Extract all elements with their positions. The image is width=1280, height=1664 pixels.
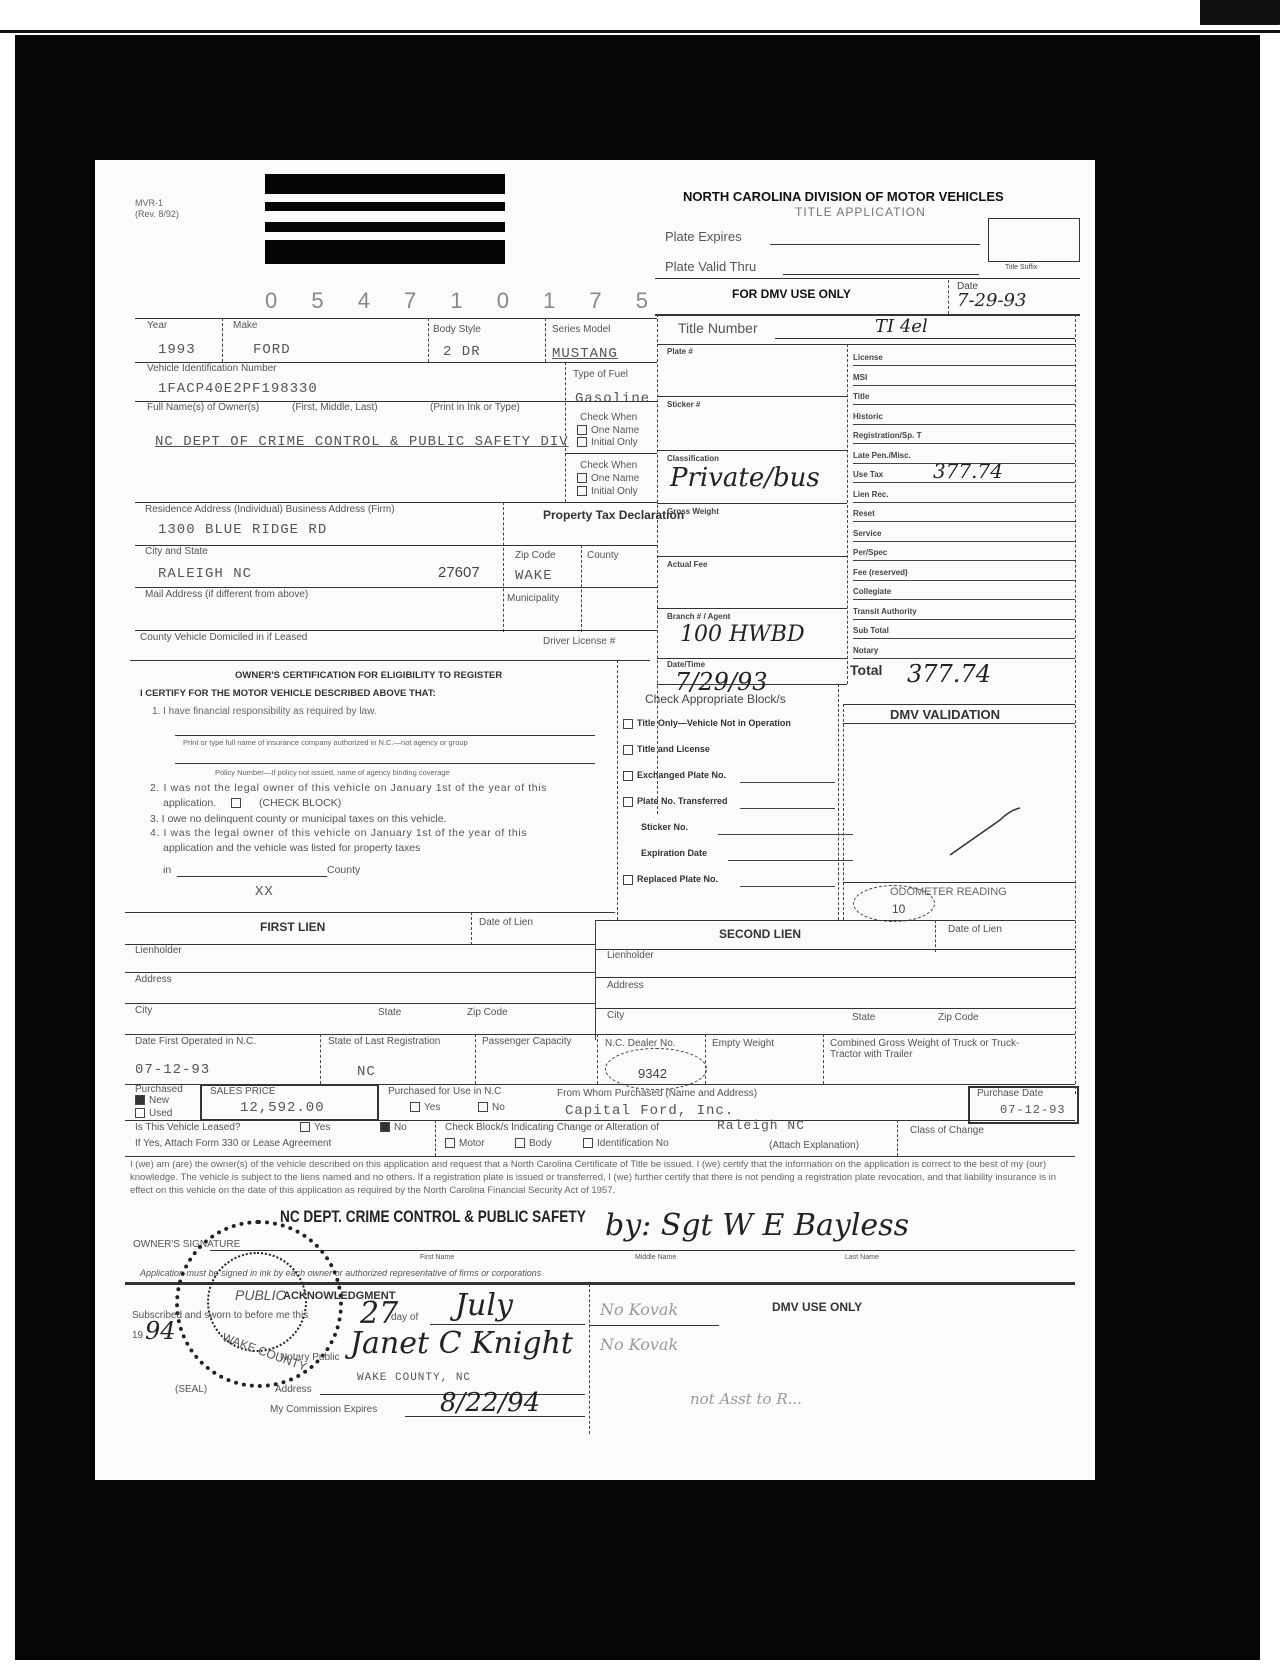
check-block-label: Title and License	[637, 744, 710, 754]
seal-label: (SEAL)	[175, 1384, 207, 1395]
motor-checkbox[interactable]: Motor	[445, 1138, 485, 1149]
year-prefix-label: 19	[132, 1330, 143, 1341]
date-value: 7-29-93	[957, 290, 1026, 311]
county-value: XX	[255, 884, 274, 900]
purchase-date-value: 07-12-93	[1000, 1103, 1066, 1117]
fee-label: Per/Spec	[853, 548, 887, 557]
fee-row: Lien Rec.	[853, 483, 1075, 503]
empty-weight-label: Empty Weight	[712, 1038, 774, 1049]
fee-row: Historic	[853, 405, 1075, 425]
first-lien-zip-label: Zip Code	[467, 1007, 508, 1018]
class-of-change-label: Class of Change	[910, 1125, 984, 1136]
second-lien-zip-label: Zip Code	[938, 1012, 979, 1023]
branch-agent-label: Branch # / Agent	[667, 612, 730, 621]
check-block-checkbox[interactable]: (CHECK BLOCK)	[231, 797, 341, 809]
owner-signature: by: Sgt W E Bayless	[605, 1208, 909, 1243]
notary-signature: Janet C Knight	[350, 1326, 573, 1361]
sales-price-value: 12,592.00	[240, 1100, 325, 1116]
checkbox-icon[interactable]	[623, 719, 633, 729]
form-id: MVR-1	[135, 198, 163, 208]
dmv-note: not Asst to R...	[690, 1390, 802, 1408]
fee-label: Lien Rec.	[853, 490, 889, 499]
make-label: Make	[233, 320, 257, 331]
body-style-value: 2 DR	[443, 344, 481, 360]
insurance-hint: Print or type full name of insurance com…	[183, 738, 468, 747]
check-block-item[interactable]: Title Only—Vehicle Not in Operation	[623, 718, 835, 738]
city-state-value: RALEIGH NC	[158, 566, 252, 582]
fee-label: Transit Authority	[853, 607, 917, 616]
odometer-value: 10	[892, 902, 905, 916]
check-block-item[interactable]: Title and License	[623, 744, 835, 764]
zip-code-label: Zip Code	[515, 550, 556, 561]
property-tax-label: Property Tax Declaration	[543, 508, 684, 522]
from-whom-label: From Whom Purchased (Name and Address)	[557, 1088, 757, 1099]
branch-agent-value: 100 HWBD	[680, 622, 805, 647]
cert-item-3: 3. I owe no delinquent county or municip…	[150, 813, 447, 825]
check-when-label: Check When	[580, 460, 637, 471]
checkbox-icon[interactable]	[623, 771, 633, 781]
cert-item-2b: application.	[163, 797, 216, 809]
cert-item-4: 4. I was the legal owner of this vehicle…	[150, 827, 527, 839]
one-name-checkbox[interactable]: One Name	[577, 425, 639, 436]
mail-address-label: Mail Address (if different from above)	[145, 589, 308, 600]
second-lien-city-label: City	[607, 1010, 624, 1021]
last-name-label: Last Name	[845, 1254, 879, 1261]
domiciled-label: County Vehicle Domiciled in if Leased	[140, 632, 307, 643]
fee-label: MSI	[853, 373, 867, 382]
seller-city-value: Raleigh NC	[717, 1118, 805, 1133]
check-block-item: Sticker No.	[623, 822, 853, 842]
check-blocks-heading: Check Appropriate Block/s	[645, 692, 786, 706]
address-value: 1300 BLUE RIDGE RD	[158, 522, 327, 538]
owner-name-stamp: NC DEPT. CRIME CONTROL & PUBLIC SAFETY	[280, 1207, 586, 1227]
commission-value: 8/22/94	[440, 1388, 540, 1418]
title-number-value: TI 4el	[875, 316, 928, 337]
classification-value: Private/bus	[670, 463, 820, 493]
page-top-edge	[0, 0, 1280, 33]
commission-label: My Commission Expires	[270, 1404, 377, 1415]
identification-checkbox[interactable]: Identification No	[583, 1138, 669, 1149]
vin-value: 1FACP40E2PF198330	[158, 381, 318, 397]
fee-label: Collegiate	[853, 587, 891, 596]
check-block-item[interactable]: Plate No. Transferred	[623, 796, 835, 816]
redaction-bar	[265, 240, 505, 264]
leased-no-checkbox[interactable]: No	[380, 1122, 407, 1133]
certification-heading: OWNER'S CERTIFICATION FOR ELIGIBILITY TO…	[235, 670, 502, 681]
fee-label: Late Pen./Misc.	[853, 451, 911, 460]
owner-name-hint: (Print in Ink or Type)	[430, 402, 520, 413]
fee-row: Per/Spec	[853, 541, 1075, 561]
year-value: 94	[145, 1317, 176, 1345]
passenger-capacity-label: Passenger Capacity	[482, 1036, 572, 1047]
cert-item-1: 1. I have financial responsibility as re…	[152, 706, 377, 717]
fee-row: Use Tax377.74	[853, 463, 1075, 483]
title-number-label: Title Number	[678, 320, 758, 336]
leased-label: Is This Vehicle Leased?	[135, 1122, 240, 1133]
fee-row: Fee (reserved)	[853, 561, 1075, 581]
title-suffix-box[interactable]	[988, 218, 1080, 262]
fee-label: Fee (reserved)	[853, 568, 908, 577]
fee-label: Use Tax	[853, 470, 883, 479]
fee-row: Sub Total	[853, 619, 1075, 639]
first-lien-state-label: State	[378, 1007, 401, 1018]
change-label: Check Block/s Indicating Change or Alter…	[445, 1122, 659, 1133]
second-lienholder-label: Lienholder	[607, 950, 654, 961]
last-registration-label: State of Last Registration	[328, 1036, 440, 1047]
used-checkbox[interactable]: Used	[135, 1108, 172, 1119]
fee-row: Service	[853, 522, 1075, 542]
check-block-label: Exchanged Plate No.	[637, 770, 726, 780]
county-label: County	[587, 550, 619, 561]
fee-label: Registration/Sp. T	[853, 431, 921, 440]
dmv-use-only-label: FOR DMV USE ONLY	[732, 287, 851, 301]
initial-only-checkbox[interactable]: Initial Only	[577, 437, 638, 448]
make-value: FORD	[253, 342, 291, 358]
zip-value: 27607	[438, 564, 480, 581]
fee-label: Reset	[853, 509, 875, 518]
initial-only-checkbox[interactable]: Initial Only	[577, 486, 638, 497]
month-value: July	[455, 1288, 513, 1323]
body-style-label: Body Style	[433, 324, 481, 335]
combined-weight-label: Combined Gross Weight of Truck or Truck-…	[830, 1038, 1045, 1060]
fee-row: Collegiate	[853, 580, 1075, 600]
owner-name-value: NC DEPT OF CRIME CONTROL & PUBLIC SAFETY…	[155, 434, 569, 450]
municipality-label: Municipality	[507, 593, 559, 604]
owner-name-label: Full Name(s) of Owner(s)	[147, 402, 259, 413]
dealer-number-value: 9342	[638, 1066, 667, 1081]
one-name-checkbox[interactable]: One Name	[577, 473, 639, 484]
dmv-validation-heading: DMV VALIDATION	[890, 707, 1000, 722]
fuel-value: Gasoline	[575, 391, 650, 407]
first-name-label: First Name	[420, 1254, 454, 1261]
fee-row: Registration/Sp. T	[853, 424, 1075, 444]
fee-label: Service	[853, 529, 881, 538]
fee-row: Reset	[853, 502, 1075, 522]
use-in-nc-label: Purchased for Use in N.C	[388, 1086, 501, 1097]
certification-subheading: I CERTIFY FOR THE MOTOR VEHICLE DESCRIBE…	[140, 688, 436, 699]
notary-public-label: Notary Public	[280, 1352, 339, 1363]
last-registration-value: NC	[357, 1064, 376, 1080]
policy-hint: Policy Number—If policy not issued, name…	[215, 768, 450, 777]
check-block-label: Expiration Date	[641, 848, 707, 858]
validation-mark	[945, 800, 1025, 860]
form-title: TITLE APPLICATION	[795, 205, 926, 219]
check-block-item[interactable]: Exchanged Plate No.	[623, 770, 835, 790]
owner-declaration: I (we) am (are) the owner(s) of the vehi…	[130, 1158, 1070, 1197]
first-lien-address-label: Address	[135, 974, 172, 985]
leased-yes-checkbox[interactable]: Yes	[300, 1122, 330, 1133]
redaction-bar	[265, 222, 505, 232]
year-label: Year	[147, 320, 167, 331]
checkbox-icon[interactable]	[623, 875, 633, 885]
check-block-label: Sticker No.	[641, 822, 688, 832]
classification-label: Classification	[667, 454, 719, 463]
purchased-label: Purchased	[135, 1084, 183, 1095]
dmv-note: No Kovak	[600, 1335, 678, 1354]
fee-row: MSI	[853, 366, 1075, 386]
plate-expires-label: Plate Expires	[665, 229, 742, 244]
checkbox-icon[interactable]	[623, 797, 633, 807]
plate-valid-thru-label: Plate Valid Thru	[665, 259, 756, 274]
fee-row: Transit Authority	[853, 600, 1075, 620]
checkbox-icon[interactable]	[623, 745, 633, 755]
middle-name-label: Middle Name	[635, 1254, 676, 1261]
total-label: Total	[850, 662, 882, 678]
fee-label: Title	[853, 392, 869, 401]
form-revision: (Rev. 8/92)	[135, 209, 179, 219]
fuel-label: Type of Fuel	[573, 369, 628, 380]
dmv-note: No Kovak	[600, 1300, 678, 1319]
use-in-nc-no-checkbox[interactable]: No	[478, 1102, 505, 1113]
first-lien-heading: FIRST LIEN	[260, 920, 325, 934]
fee-label: License	[853, 353, 883, 362]
new-checkbox[interactable]: New	[135, 1095, 169, 1106]
check-block-label: Title Only—Vehicle Not in Operation	[637, 718, 791, 728]
cert-item-4b: application and the vehicle was listed f…	[163, 842, 420, 854]
use-tax-value: 377.74	[933, 459, 1003, 483]
in-label: in	[163, 864, 171, 876]
vin-label: Vehicle Identification Number	[147, 363, 277, 374]
series-model-label: Series Model	[552, 324, 610, 335]
check-when-label: Check When	[580, 412, 637, 423]
second-lien-date-label: Date of Lien	[948, 924, 1002, 935]
dmv-use-only-footer: DMV USE ONLY	[772, 1300, 862, 1314]
address-label: Residence Address (Individual) Business …	[145, 504, 395, 515]
fee-row: Title	[853, 385, 1075, 405]
second-lien-state-label: State	[852, 1012, 875, 1023]
redaction-bar	[265, 202, 505, 211]
plate-number-label: Plate #	[667, 347, 693, 356]
attach-explanation: (Attach Explanation)	[769, 1140, 859, 1151]
city-state-label: City and State	[145, 546, 208, 557]
first-operated-value: 07-12-93	[135, 1062, 210, 1078]
driver-license-label: Driver License #	[543, 636, 615, 647]
day-of-label: day of	[391, 1312, 418, 1323]
fee-row: License	[853, 346, 1075, 366]
first-lien-city-label: City	[135, 1005, 152, 1016]
check-block-item: Expiration Date	[623, 848, 853, 868]
seal-text-top: PUBLIC	[235, 1287, 286, 1303]
fee-label: Sub Total	[853, 626, 889, 635]
redaction-bar	[265, 174, 505, 194]
total-value: 377.74	[907, 660, 991, 688]
notary-address-label: Address	[275, 1384, 312, 1395]
sales-price-label: SALES PRICE	[210, 1086, 276, 1097]
serial-number: 0 5 4 7 1 0 1 7 5	[265, 288, 662, 314]
check-block-label: Plate No. Transferred	[637, 796, 728, 806]
seller-value: Capital Ford, Inc.	[565, 1103, 734, 1119]
fee-label: Notary	[853, 646, 878, 655]
title-application-form: MVR-1 (Rev. 8/92) 0 5 4 7 1 0 1 7 5 NORT…	[95, 160, 1095, 1480]
county-label: County	[327, 864, 360, 876]
sticker-number-label: Sticker #	[667, 400, 700, 409]
check-block-label: Replaced Plate No.	[637, 874, 718, 884]
first-operated-label: Date First Operated in N.C.	[135, 1036, 256, 1047]
second-lien-heading: SECOND LIEN	[719, 927, 801, 941]
notary-address-value: WAKE COUNTY, NC	[357, 1372, 471, 1384]
purchase-date-label: Purchase Date	[977, 1088, 1043, 1099]
series-model-value: MUSTANG	[552, 346, 618, 362]
use-in-nc-yes-checkbox[interactable]: Yes	[410, 1102, 440, 1113]
title-suffix-label: Title Suffix	[1005, 264, 1037, 271]
county-value: WAKE	[515, 568, 553, 584]
actual-fee-label: Actual Fee	[667, 560, 707, 569]
body-checkbox[interactable]: Body	[515, 1138, 552, 1149]
second-lien-address-label: Address	[607, 980, 644, 991]
year-value: 1993	[158, 342, 196, 358]
cert-item-2: 2. I was not the legal owner of this veh…	[150, 782, 547, 794]
fee-label: Historic	[853, 412, 883, 421]
agency-title: NORTH CAROLINA DIVISION OF MOTOR VEHICLE…	[683, 189, 1004, 204]
fee-row: Notary	[853, 639, 1075, 659]
lease-attach-note: If Yes, Attach Form 330 or Lease Agreeme…	[135, 1138, 331, 1149]
owner-name-hint: (First, Middle, Last)	[292, 402, 378, 413]
first-lien-date-label: Date of Lien	[479, 917, 533, 928]
check-block-item[interactable]: Replaced Plate No.	[623, 874, 835, 894]
first-lienholder-label: Lienholder	[135, 945, 182, 956]
